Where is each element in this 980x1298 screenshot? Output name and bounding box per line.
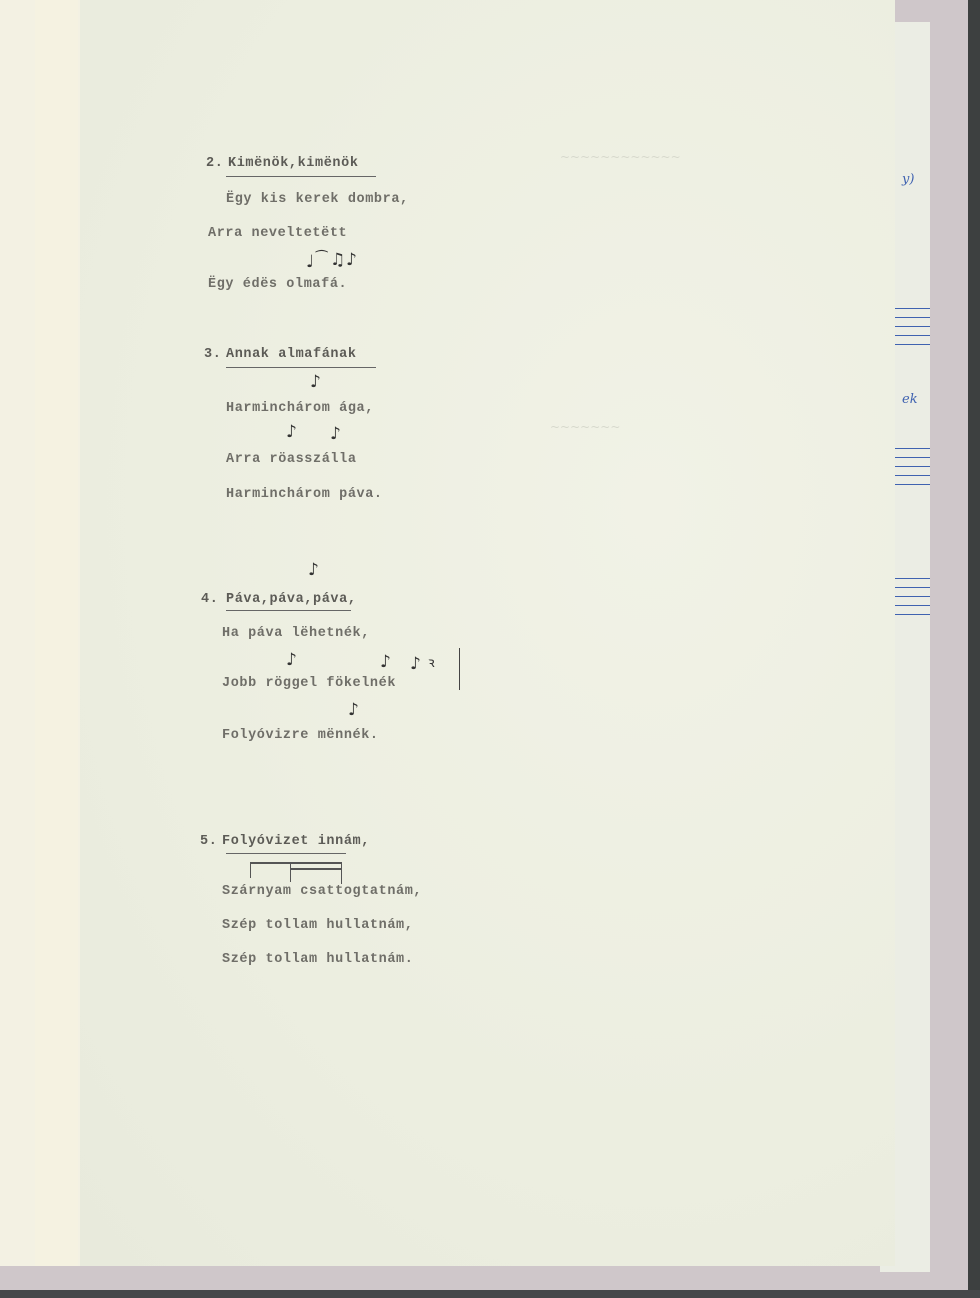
typewritten-page: ~~~~~~~~~~~~ ~~~~~~~ 2. Kimënök,kimënök … [80,0,895,1266]
stanza-title: Annak almafának [226,347,357,362]
stanza-number: 4. [201,592,218,607]
lyric-line: Harminchárom ága, [226,401,374,416]
music-staff [895,448,930,493]
rhythm-eighth-icon: ♪ [380,654,391,671]
stanza-title: Kimënök,kimënök [228,156,359,171]
stanza-title: Páva,páva,páva, [226,592,357,607]
rhythm-eighth-icon: ♪ [346,252,357,269]
rhythm-beamed-icon: ♫ [330,252,345,269]
lyric-line: Ha páva lëhetnék, [222,626,370,641]
rhythm-eighth-icon: ♪ [410,656,421,673]
lyric-line: Szép tollam hullatnám, [222,918,413,933]
lyric-line: Ëgy édës olmafá. [208,277,347,292]
lyric-line: Ëgy kis kerek dombra, [226,192,409,207]
rhythm-sixteenth-icon: ♪ [286,424,297,441]
margin-handwriting: ek [902,392,918,407]
stanza-number: 5. [200,834,217,849]
scanner-edge [968,0,980,1298]
rest-icon: ꝛ [428,656,435,670]
lyric-line: Jobb röggel fökelnék [222,676,396,691]
title-underline [226,853,346,854]
title-underline [226,176,376,177]
rhythm-quarter-icon: ♩ [306,254,314,271]
stanza-number: 2. [206,156,223,171]
lyric-line: Folyóvizre mënnék. [222,728,379,743]
tie-icon: ⁀ [316,252,327,266]
rhythm-eighth-icon: ♪ [330,426,341,443]
scanner-bottom-edge [0,1290,980,1298]
folded-paper-strip [0,0,81,1266]
music-staff [895,578,930,623]
lyric-line: Arra neveltetëtt [208,226,347,241]
rhythm-eighth-icon: ♪ [308,562,319,579]
lyric-line: Arra röasszálla [226,452,357,467]
bar-line [459,648,460,690]
bleed-through-text: ~~~~~~~ [550,420,620,434]
lyric-line: Szép tollam hullatnám. [222,952,413,967]
rhythm-sixteenth-icon: ♪ [286,652,297,669]
stanza-number: 3. [204,347,221,362]
music-staff [895,308,930,353]
lyric-line: Szárnyam csattogtatnám, [222,884,422,899]
title-underline [226,610,351,611]
rhythm-eighth-icon: ♪ [310,374,321,391]
stanza-title: Folyóvizet innám, [222,834,370,849]
rhythm-sixteenth-icon: ♪ [348,702,359,719]
bleed-through-text: ~~~~~~~~~~~~ [560,150,681,164]
lyric-line: Harminchárom páva. [226,487,383,502]
margin-handwriting: y) [902,172,914,187]
title-underline [226,367,376,368]
